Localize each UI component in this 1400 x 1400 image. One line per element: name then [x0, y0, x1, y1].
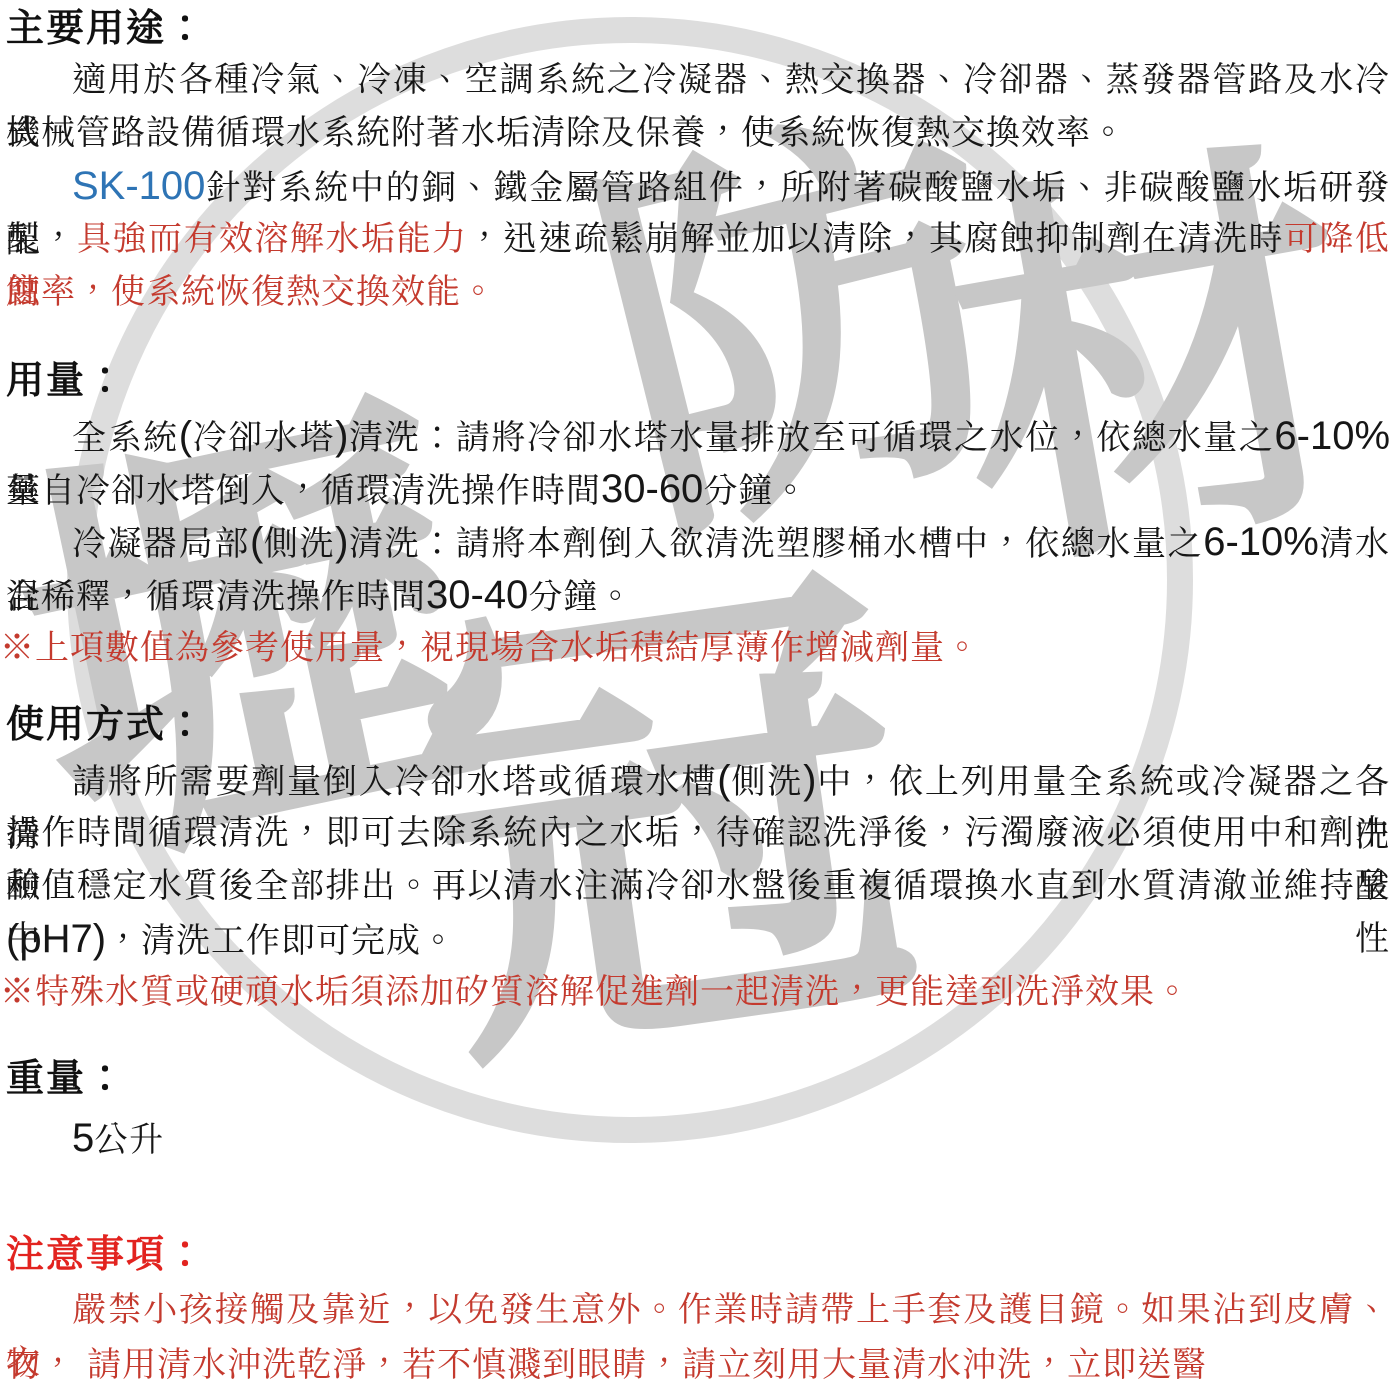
text-line: 操作時間循環清洗，即可去除系統內之水垢，待確認洗淨後，污濁廢液必須使用中和劑中和…: [6, 807, 1390, 860]
latin-text: [76, 1341, 87, 1385]
text-line: 製，具強而有效溶解水垢能力，迅速疏鬆崩解並加以清除，其腐蝕抑制劑在清洗時可降低腐: [6, 213, 1390, 266]
text-line: 適用於各種冷氣、冷凍、空調系統之冷凝器、熱交換器、冷卻器、蒸發器管路及水冷式: [6, 54, 1390, 107]
text-line: SK-100針對系統中的銅、鐵金屬管路組件，所附著碳酸鹽水垢、非碳酸鹽水垢研發配: [6, 160, 1390, 213]
section-usage-method: 使用方式： 請將所需要劑量倒入冷卻水塔或循環水槽(側洗)中，依上列用量全系統或冷…: [0, 702, 1400, 748]
latin-text: ): [335, 520, 348, 564]
section-heading-weight: 重量：: [0, 1056, 1400, 1102]
section-heading-precautions: 注意事項：: [0, 1232, 1400, 1278]
text-line: 量自冷卻水塔倒入，循環清洗操作時間30-60分鐘。: [6, 463, 1390, 516]
highlight-text: 蝕率，使系統恢復熱交換效能。: [6, 274, 496, 311]
highlight-text: ※特殊水質或硬頑水垢須添加矽質溶解促進劑一起清洗，更能達到洗淨效果。: [0, 974, 1190, 1011]
text-line: ※特殊水質或硬頑水垢須添加矽質溶解促進劑一起清洗，更能達到洗淨效果。: [0, 966, 1390, 1019]
product-code: SK-100: [72, 170, 205, 207]
latin-text: (: [250, 520, 263, 564]
body-text: ，迅速疏鬆崩解並加以清除，其腐蝕抑制劑在清洗時: [468, 221, 1285, 258]
section-heading-usage-method: 使用方式：: [0, 702, 1400, 748]
text-line: 鹼值穩定水質後全部排出。再以清水注滿冷卻水盤後重複循環換水直到水質清澈並維持呈中…: [6, 860, 1390, 913]
latin-text: 5: [72, 1116, 94, 1160]
text-line: 嚴禁小孩接觸及靠近，以免發生意外。作業時請帶上手套及護目鏡。如果沾到皮膚、衣: [6, 1284, 1390, 1337]
text-line: 合稀釋，循環清洗操作時間30-40分鐘。: [6, 569, 1390, 622]
text-line: 全系統(冷卻水塔)清洗：請將冷卻水塔水量排放至可循環之水位，依總水量之6-10%…: [6, 410, 1390, 463]
section-lines-dosage: 全系統(冷卻水塔)清洗：請將冷卻水塔水量排放至可循環之水位，依總水量之6-10%…: [0, 410, 1400, 675]
section-dosage: 用量： 全系統(冷卻水塔)清洗：請將冷卻水塔水量排放至可循環之水位，依總水量之6…: [0, 358, 1400, 404]
body-text: 量自冷卻水塔倒入，循環清洗操作時間30-60分鐘。: [6, 473, 808, 510]
section-lines-precautions: 嚴禁小孩接觸及靠近，以免發生意外。作業時請帶上手套及護目鏡。如果沾到皮膚、衣物，…: [0, 1284, 1400, 1390]
latin-text: SK-100: [72, 164, 205, 208]
text-line: 蝕率，使系統恢復熱交換效能。: [6, 266, 1390, 319]
document-content: 主要用途： 適用於各種冷氣、冷凍、空調系統之冷凝器、熱交換器、冷卻器、蒸發器管路…: [0, 0, 1400, 1400]
text-line: 機械管路設備循環水系統附著水垢清除及保養，使系統恢復熱交換效率。: [6, 107, 1390, 160]
latin-text: ): [803, 758, 816, 802]
text-line: 請將所需要劑量倒入冷卻水塔或循環水槽(側洗)中，依上列用量全系統或冷凝器之各清洗: [6, 754, 1390, 807]
section-weight: 重量： 5公升: [0, 1056, 1400, 1102]
latin-text: (: [179, 414, 192, 458]
section-heading-main-uses: 主要用途：: [0, 6, 1400, 52]
latin-text: 6-10%: [1274, 414, 1390, 458]
text-line: 冷凝器局部(側洗)清洗：請將本劑倒入欲清洗塑膠桶水槽中，依總水量之6-10%清水…: [6, 516, 1390, 569]
highlight-text: ※上項數值為參考使用量，視現場含水垢積結厚薄作增減劑量。: [0, 630, 980, 667]
body-text: 機械管路設備循環水系統附著水垢清除及保養，使系統恢復熱交換效率。: [6, 115, 1126, 152]
latin-text: (pH7): [6, 917, 106, 961]
highlight-text: 具強而有效溶解水垢能力: [77, 221, 468, 258]
section-lines-weight: 5公升: [0, 1112, 1400, 1165]
section-main-uses: 主要用途： 適用於各種冷氣、冷凍、空調系統之冷凝器、熱交換器、冷卻器、蒸發器管路…: [0, 6, 1400, 52]
body-text: 合稀釋，循環清洗操作時間30-40分鐘。: [6, 579, 633, 616]
latin-text: 6-10%: [1203, 520, 1319, 564]
text-line: 5公升: [6, 1112, 1390, 1165]
section-lines-usage-method: 請將所需要劑量倒入冷卻水塔或循環水槽(側洗)中，依上列用量全系統或冷凝器之各清洗…: [0, 754, 1400, 1019]
body-text: 5公升: [72, 1122, 164, 1159]
body-text: 製，: [6, 221, 77, 258]
section-heading-dosage: 用量：: [0, 358, 1400, 404]
highlight-text: 物， 請用清水沖洗乾淨，若不慎濺到眼睛，請立刻用大量清水沖洗，立即送醫: [6, 1347, 1207, 1384]
latin-text: ): [335, 414, 348, 458]
section-precautions: 注意事項： 嚴禁小孩接觸及靠近，以免發生意外。作業時請帶上手套及護目鏡。如果沾到…: [0, 1232, 1400, 1278]
body-text: (pH7)，清洗工作即可完成。: [6, 923, 456, 960]
document-page: 防材壢冠 主要用途： 適用於各種冷氣、冷凍、空調系統之冷凝器、熱交換器、冷卻器、…: [0, 0, 1400, 1400]
latin-text: 30-40: [426, 573, 528, 617]
text-line: 物， 請用清水沖洗乾淨，若不慎濺到眼睛，請立刻用大量清水沖洗，立即送醫: [6, 1337, 1390, 1390]
latin-text: (: [717, 758, 730, 802]
section-lines-main-uses: 適用於各種冷氣、冷凍、空調系統之冷凝器、熱交換器、冷卻器、蒸發器管路及水冷式機械…: [0, 54, 1400, 319]
latin-text: 30-60: [601, 467, 703, 511]
text-line: ※上項數值為參考使用量，視現場含水垢積結厚薄作增減劑量。: [0, 622, 1390, 675]
